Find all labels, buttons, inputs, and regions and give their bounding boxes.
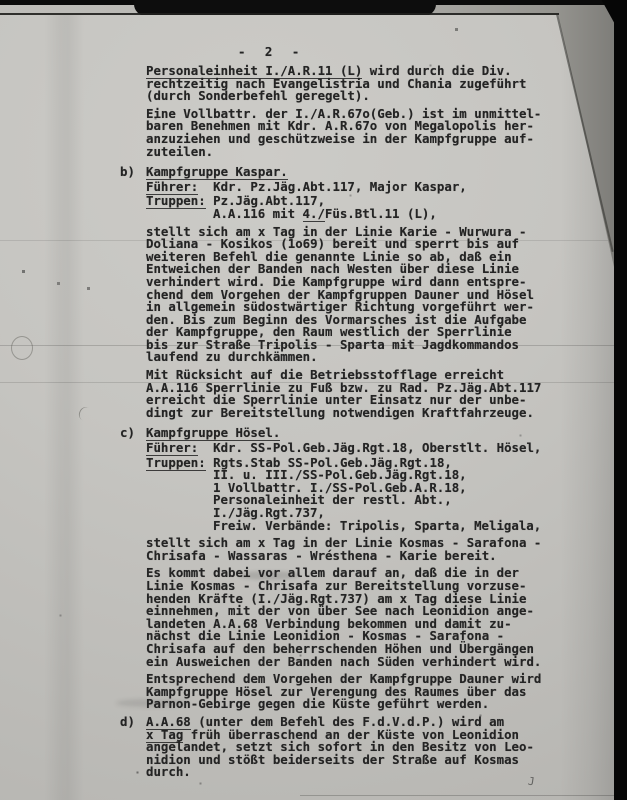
hoesel-deployment: stellt sich am x Tag in der Linie Kosmas… [146, 537, 621, 562]
hoesel-heading: c)Kampfgruppe Hösel. [146, 427, 621, 440]
kaspar-heading: b)Kampfgruppe Kaspar. [146, 166, 621, 179]
hoesel-truppen: Truppen: Rgts.Stab SS-Pol.Geb.Jäg.Rgt.18… [146, 457, 621, 533]
fold-line [300, 795, 614, 796]
list-item-label: d) [120, 716, 135, 729]
text-line: Freiw. Verbände: Tripolis, Sparta, Melig… [146, 520, 621, 533]
text-line: A.A.116 mit 4./Füs.Btl.11 (L), [146, 208, 621, 221]
intro-paragraph: Personaleinheit I./A.R.11 (L) wird durch… [146, 65, 621, 103]
text-line: durch. [146, 766, 621, 779]
photo-right-band [614, 0, 627, 800]
hoesel-advance: Entsprechend dem Vorgehen der Kampfgrupp… [146, 673, 621, 711]
text-line: Führer: Kdr. SS-Pol.Geb.Jäg.Rgt.18, Ober… [146, 442, 621, 455]
text-line: Chrisafa - Wassaras - Wrésthena - Karie … [146, 550, 621, 563]
scanned-photo: J - 2 - Personaleinheit I./A.R.11 (L) wi… [0, 0, 627, 800]
text-line: laufend zu durchkämmen. [146, 351, 621, 364]
text-line: Führer: Kdr. Pz.Jäg.Abt.117, Major Kaspa… [146, 181, 621, 194]
text-line: Parnon-Gebirge gegen die Küste geführt w… [146, 698, 621, 711]
fuel-paragraph: Mit Rücksicht auf die Betriebsstofflage … [146, 369, 621, 419]
hoesel-mission: Es kommt dabei vor allem darauf an, daß … [146, 567, 621, 668]
kaspar-truppen: Truppen: Pz.Jäg.Abt.117,A.A.116 mit 4./F… [146, 195, 621, 220]
kaspar-deployment: stellt sich am x Tag in der Linie Karie … [146, 226, 621, 365]
page-top-edge [0, 13, 559, 15]
page-number: - 2 - [238, 44, 305, 59]
battery-paragraph: Eine Vollbattr. der I./A.R.67o(Geb.) ist… [146, 108, 621, 158]
text-line: nidion und stößt beiderseits der Straße … [146, 754, 621, 767]
hoesel-fuehrer: Führer: Kdr. SS-Pol.Geb.Jäg.Rgt.18, Ober… [146, 442, 621, 455]
paper-specks [0, 15, 1, 16]
kaspar-fuehrer: Führer: Kdr. Pz.Jäg.Abt.117, Major Kaspa… [146, 181, 621, 194]
text-line: zuteilen. [146, 146, 621, 159]
list-item-label: b) [120, 166, 135, 179]
text-line: anzuziehen und geschützweise in der Kamp… [146, 133, 621, 146]
text-line: (durch Sonderbefehl geregelt). [146, 90, 621, 103]
text-line: Kampfgruppe Kaspar. [146, 166, 621, 179]
aa68-paragraph: d)A.A.68 (unter dem Befehl des F.d.V.d.P… [146, 716, 621, 779]
document-page: J - 2 - Personaleinheit I./A.R.11 (L) wi… [0, 15, 614, 800]
text-line: ein Ausweichen der Banden nach Süden ver… [146, 656, 621, 669]
list-item-label: c) [120, 427, 135, 440]
text-line: dingt zur Bereitstellung notwendigen Kra… [146, 407, 621, 420]
paper-shading [44, 15, 84, 800]
document-content: Personaleinheit I./A.R.11 (L) wird durch… [146, 65, 621, 779]
text-line: Kampfgruppe Hösel. [146, 427, 621, 440]
circle-stain-mark [11, 336, 33, 360]
